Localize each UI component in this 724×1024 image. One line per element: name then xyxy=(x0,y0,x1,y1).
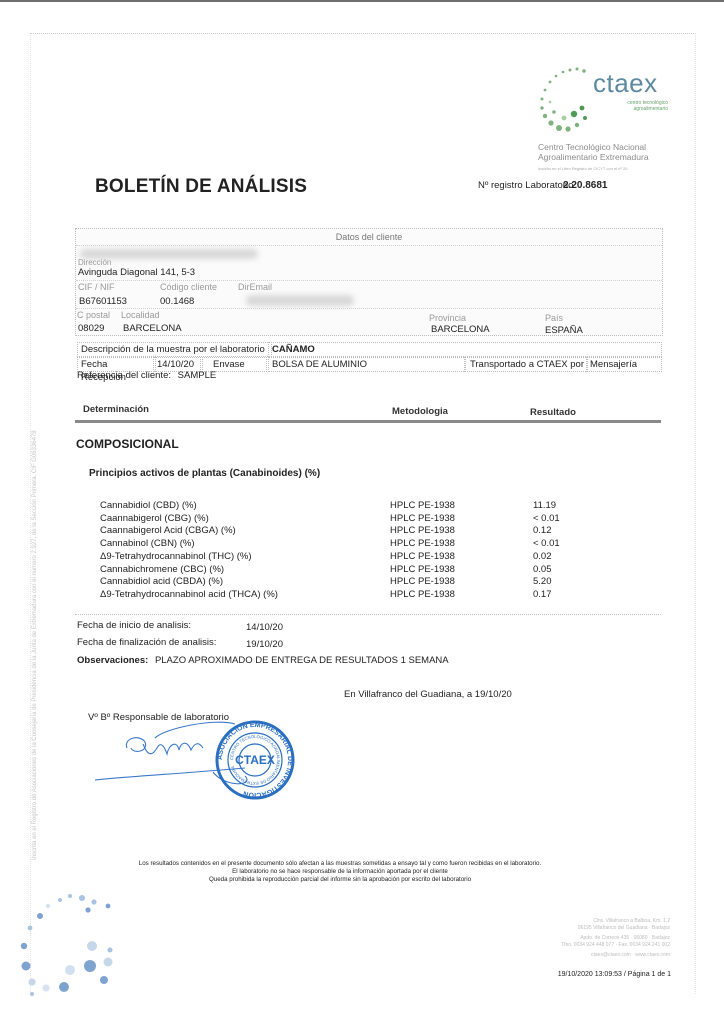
table-row: Cannabidiol acid (CBDA) (%)HPLC PE-19385… xyxy=(0,576,724,589)
method: HPLC PE-1938 xyxy=(390,589,455,600)
method: HPLC PE-1938 xyxy=(390,525,455,536)
transport-value: Mensajería xyxy=(586,357,662,372)
observations: Observaciones: PLAZO APROXIMADO DE ENTRE… xyxy=(77,655,449,666)
disclaimer-line-1: Los resultados contenidos en el presente… xyxy=(90,860,590,868)
table-row: Cannabidiol (CBD) (%)HPLC PE-193811.19 xyxy=(0,500,724,513)
stamp-icon: CTAEX ASOCIACIÓN EMPRESARIAL DE INVESTIG… xyxy=(217,722,293,800)
address-value: Avinguda Diagonal 141, 5-3 xyxy=(78,267,195,278)
method: HPLC PE-1938 xyxy=(390,576,455,587)
analyte-name: Cannabidiol acid (CBDA) (%) xyxy=(100,576,223,587)
analyte-name: Cannabichromene (CBC) (%) xyxy=(100,564,224,575)
place-date: En Villafranco del Guadiana, a 19/10/20 xyxy=(344,689,512,700)
analyte-name: Cannabinol (CBN) (%) xyxy=(100,538,195,549)
method: HPLC PE-1938 xyxy=(390,513,455,524)
logo-org-name-2: Agroalimentario Extremadura xyxy=(538,152,649,162)
table-row: Cannabinol (CBN) (%)HPLC PE-1938< 0.01 xyxy=(0,538,724,551)
logo-tagline: centro tecnológico agroalimentario xyxy=(596,100,668,112)
end-date-label: Fecha de finalización de analisis: xyxy=(77,637,216,648)
ctaex-logo: ctaex centro tecnológico agroalimentario… xyxy=(530,62,690,182)
registry-number: 2.20.8681 xyxy=(563,180,608,191)
transport-label: Transportado a CTAEX por xyxy=(464,357,588,372)
signature-and-stamp: CTAEX ASOCIACIÓN EMPRESARIAL DE INVESTIG… xyxy=(95,718,335,808)
result-value: 11.19 xyxy=(533,500,556,511)
postal-value: 08029 xyxy=(78,323,104,334)
svg-text:CTAEX: CTAEX xyxy=(235,753,275,767)
logo-org-name-1: Centro Tecnológico Nacional xyxy=(538,142,649,152)
observations-label: Observaciones: xyxy=(77,655,148,666)
client-code-value: 00.1468 xyxy=(160,296,194,307)
province-label: Provincia xyxy=(429,313,466,323)
city-label: Localidad xyxy=(121,310,160,320)
logo-wordmark: ctaex xyxy=(593,68,658,99)
method: HPLC PE-1938 xyxy=(390,564,455,575)
analyte-name: Caannabigerol Acid (CBGA) (%) xyxy=(100,525,236,536)
city-value: BARCELONA xyxy=(123,323,182,334)
address-line-5: ctaex@ctaex.com · www.ctaex.com xyxy=(540,952,670,959)
method: HPLC PE-1938 xyxy=(390,551,455,562)
group-title: Principios activos de plantas (Canabinoi… xyxy=(89,468,320,479)
analyte-name: Δ9-Tetrahydrocannabinol (THC) (%) xyxy=(100,551,252,562)
client-section-title: Datos del cliente xyxy=(76,229,662,246)
end-date-value: 19/10/20 xyxy=(246,639,283,650)
logo-registry-note: Inscrito en el Libro Registro de CICYT c… xyxy=(538,166,627,171)
sample-description-value: CAÑAMO xyxy=(268,342,662,357)
dates-divider xyxy=(75,614,661,615)
disclaimer-line-3: Queda prohibida la reproducción parcial … xyxy=(90,876,590,884)
logo-tagline-2: agroalimentario xyxy=(596,106,668,112)
analyte-name: Δ9-Tetrahydrocannabinol acid (THCA) (%) xyxy=(100,589,278,600)
decorative-dots-icon xyxy=(12,870,122,1020)
disclaimer: Los resultados contenidos en el presente… xyxy=(90,860,590,884)
table-row: Caannabigerol (CBG) (%)HPLC PE-1938< 0.0… xyxy=(0,513,724,526)
analyte-name: Caannabigerol (CBG) (%) xyxy=(100,513,209,524)
method: HPLC PE-1938 xyxy=(390,500,455,511)
postal-label: C postal xyxy=(77,310,110,320)
address-line-4: Tfno. 0034 924 448 077 · Fax. 0034 924 2… xyxy=(540,942,670,949)
column-header-result: Resultado xyxy=(530,407,576,418)
province-value: BARCELONA xyxy=(431,324,490,335)
table-row: Δ9-Tetrahydrocannabinol (THC) (%)HPLC PE… xyxy=(0,551,724,564)
client-reference-label: Referencia del cliente: xyxy=(77,370,171,381)
observations-value: PLAZO APROXIMADO DE ENTREGA DE RESULTADO… xyxy=(155,655,449,666)
cif-label: CIF / NIF xyxy=(78,282,115,292)
lab-address: Ctra. Villafranco a Balboa, Km. 1,2 0619… xyxy=(540,918,670,959)
ctaex-dotted-circle-logo-icon xyxy=(530,62,600,142)
analyte-name: Cannabidiol (CBD) (%) xyxy=(100,500,197,511)
client-reference-value: SAMPLE xyxy=(178,370,217,381)
print-timestamp: 19/10/2020 13:09:53 xyxy=(558,971,622,978)
result-value: 0.17 xyxy=(533,589,552,600)
sample-description-label: Descripción de la muestra por el laborat… xyxy=(77,342,272,357)
header-rule xyxy=(75,420,661,423)
country-label: País xyxy=(545,313,563,323)
result-value: < 0.01 xyxy=(533,513,560,524)
column-header-determination: Determinación xyxy=(83,404,149,415)
row-divider xyxy=(76,280,662,281)
disclaimer-line-2: El laboratorio no se hace responsable de… xyxy=(90,868,590,876)
table-row: Δ9-Tetrahydrocannabinol acid (THCA) (%)H… xyxy=(0,589,724,602)
table-row: Caannabigerol Acid (CBGA) (%)HPLC PE-193… xyxy=(0,525,724,538)
result-value: 0.12 xyxy=(533,525,552,536)
method: HPLC PE-1938 xyxy=(390,538,455,549)
country-value: ESPAÑA xyxy=(545,325,583,336)
page-footer: 19/10/2020 13:09:53 / Página 1 de 1 xyxy=(540,971,671,978)
address-label: Dirección xyxy=(78,258,111,265)
row-divider xyxy=(76,308,662,309)
page-title: BOLETÍN DE ANÁLISIS xyxy=(95,176,307,198)
start-date-label: Fecha de inicio de analisis: xyxy=(77,620,191,631)
side-registry-note: Inscrita en el Registro de Asociaciones … xyxy=(32,430,38,860)
start-date-value: 14/10/20 xyxy=(246,622,283,633)
scan-top-edge xyxy=(0,0,724,2)
logo-org-name: Centro Tecnológico Nacional Agroalimenta… xyxy=(538,142,649,162)
result-value: 5.20 xyxy=(533,576,552,587)
result-value: 0.05 xyxy=(533,564,552,575)
cif-value: B67601153 xyxy=(79,296,127,307)
result-value: 0.02 xyxy=(533,551,552,562)
email-redacted xyxy=(246,295,354,306)
registry-label: Nº registro Laboratorio xyxy=(478,180,573,191)
address-line-2: 06195 Villafranco del Guadiana · Badajoz xyxy=(540,925,670,932)
container-value: BOLSA DE ALUMINIO xyxy=(268,357,466,372)
client-reference: Referencia del cliente: SAMPLE xyxy=(77,370,216,381)
section-title: COMPOSICIONAL xyxy=(76,437,179,451)
column-header-method: Metodologia xyxy=(392,406,448,417)
result-value: < 0.01 xyxy=(533,538,560,549)
page-number: / Página 1 de 1 xyxy=(624,971,671,978)
client-data-box: Datos del cliente Dirección Avinguda Dia… xyxy=(75,228,663,336)
client-code-label: Código cliente xyxy=(160,282,217,292)
email-label: DirEmail xyxy=(238,282,272,292)
table-row: Cannabichromene (CBC) (%)HPLC PE-19380.0… xyxy=(0,564,724,577)
